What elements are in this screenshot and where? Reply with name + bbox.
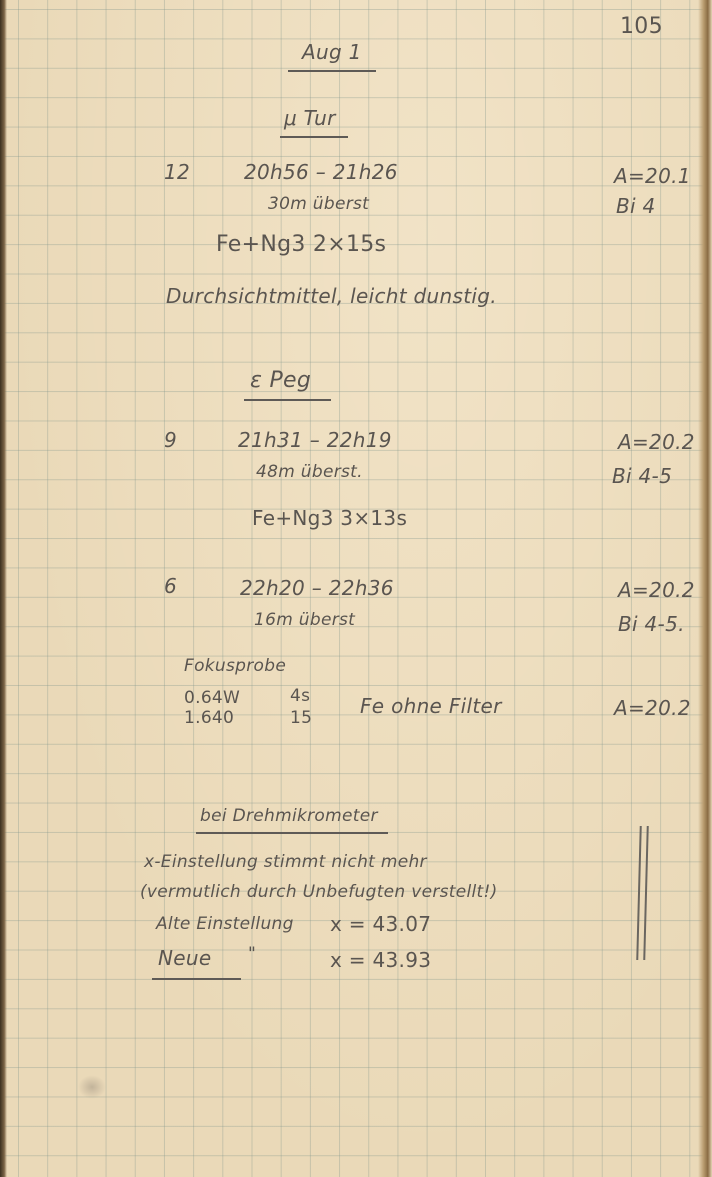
entry-right-top: A=20.1 <box>614 164 691 188</box>
entry-right-top: A=20.2 <box>618 578 695 602</box>
entry-exposure-note: 48m überst. <box>256 462 363 482</box>
entry-id: 12 <box>164 160 190 184</box>
section-heading-mu-tur: μ Tur <box>280 106 348 138</box>
page-title: Aug 1 <box>288 40 376 72</box>
page-number: 105 <box>620 14 663 39</box>
plate-info: Fe+Ng3 3×13s <box>252 506 407 530</box>
old-setting-value: x = 43.07 <box>330 912 431 936</box>
focus-right: A=20.2 <box>614 696 691 720</box>
focus-value: 0.64W <box>184 688 240 708</box>
notebook-page: 105 Aug 1 μ Tur 12 20h56 – 21h26 30m übe… <box>0 0 712 1177</box>
entry-time-range: 21h31 – 22h19 <box>238 428 392 452</box>
entry-exposure-note: 30m überst <box>268 194 369 214</box>
page-edge <box>698 0 712 1177</box>
entry-right-bottom: Bi 4-5. <box>618 612 685 636</box>
micrometer-heading: bei Drehmikrometer <box>196 806 388 834</box>
entry-id: 6 <box>164 574 177 598</box>
plate-info: Fe+Ng3 2×15s <box>216 232 386 257</box>
entry-right-bottom: Bi 4-5 <box>612 464 672 488</box>
new-setting-value: x = 43.93 <box>330 948 431 972</box>
focus-note: Fe ohne Filter <box>360 694 502 718</box>
focus-test-label: Fokusprobe <box>184 656 286 676</box>
micrometer-line-1: x-Einstellung stimmt nicht mehr <box>144 852 427 872</box>
section-heading-eps-peg: ε Peg <box>244 368 331 401</box>
entry-time-range: 22h20 – 22h36 <box>240 576 394 600</box>
entry-id: 9 <box>164 428 177 452</box>
old-setting-label: Alte Einstellung <box>156 914 294 934</box>
ditto-mark: " <box>248 944 256 964</box>
margin-double-bar <box>636 826 649 960</box>
focus-time: 15 <box>290 708 312 728</box>
entry-time-range: 20h56 – 21h26 <box>244 160 398 184</box>
binding-edge <box>0 0 7 1177</box>
new-setting-label: Neue <box>152 946 241 980</box>
entry-right-bottom: Bi 4 <box>616 194 656 218</box>
ink-smudge <box>78 1075 106 1099</box>
entry-right-top: A=20.2 <box>618 430 695 454</box>
micrometer-line-2: (vermutlich durch Unbefugten verstellt!) <box>140 882 498 902</box>
entry-exposure-note: 16m überst <box>254 610 355 630</box>
focus-time: 4s <box>290 686 310 706</box>
weather-remark: Durchsichtmittel, leicht dunstig. <box>166 284 497 308</box>
focus-value: 1.640 <box>184 708 234 728</box>
